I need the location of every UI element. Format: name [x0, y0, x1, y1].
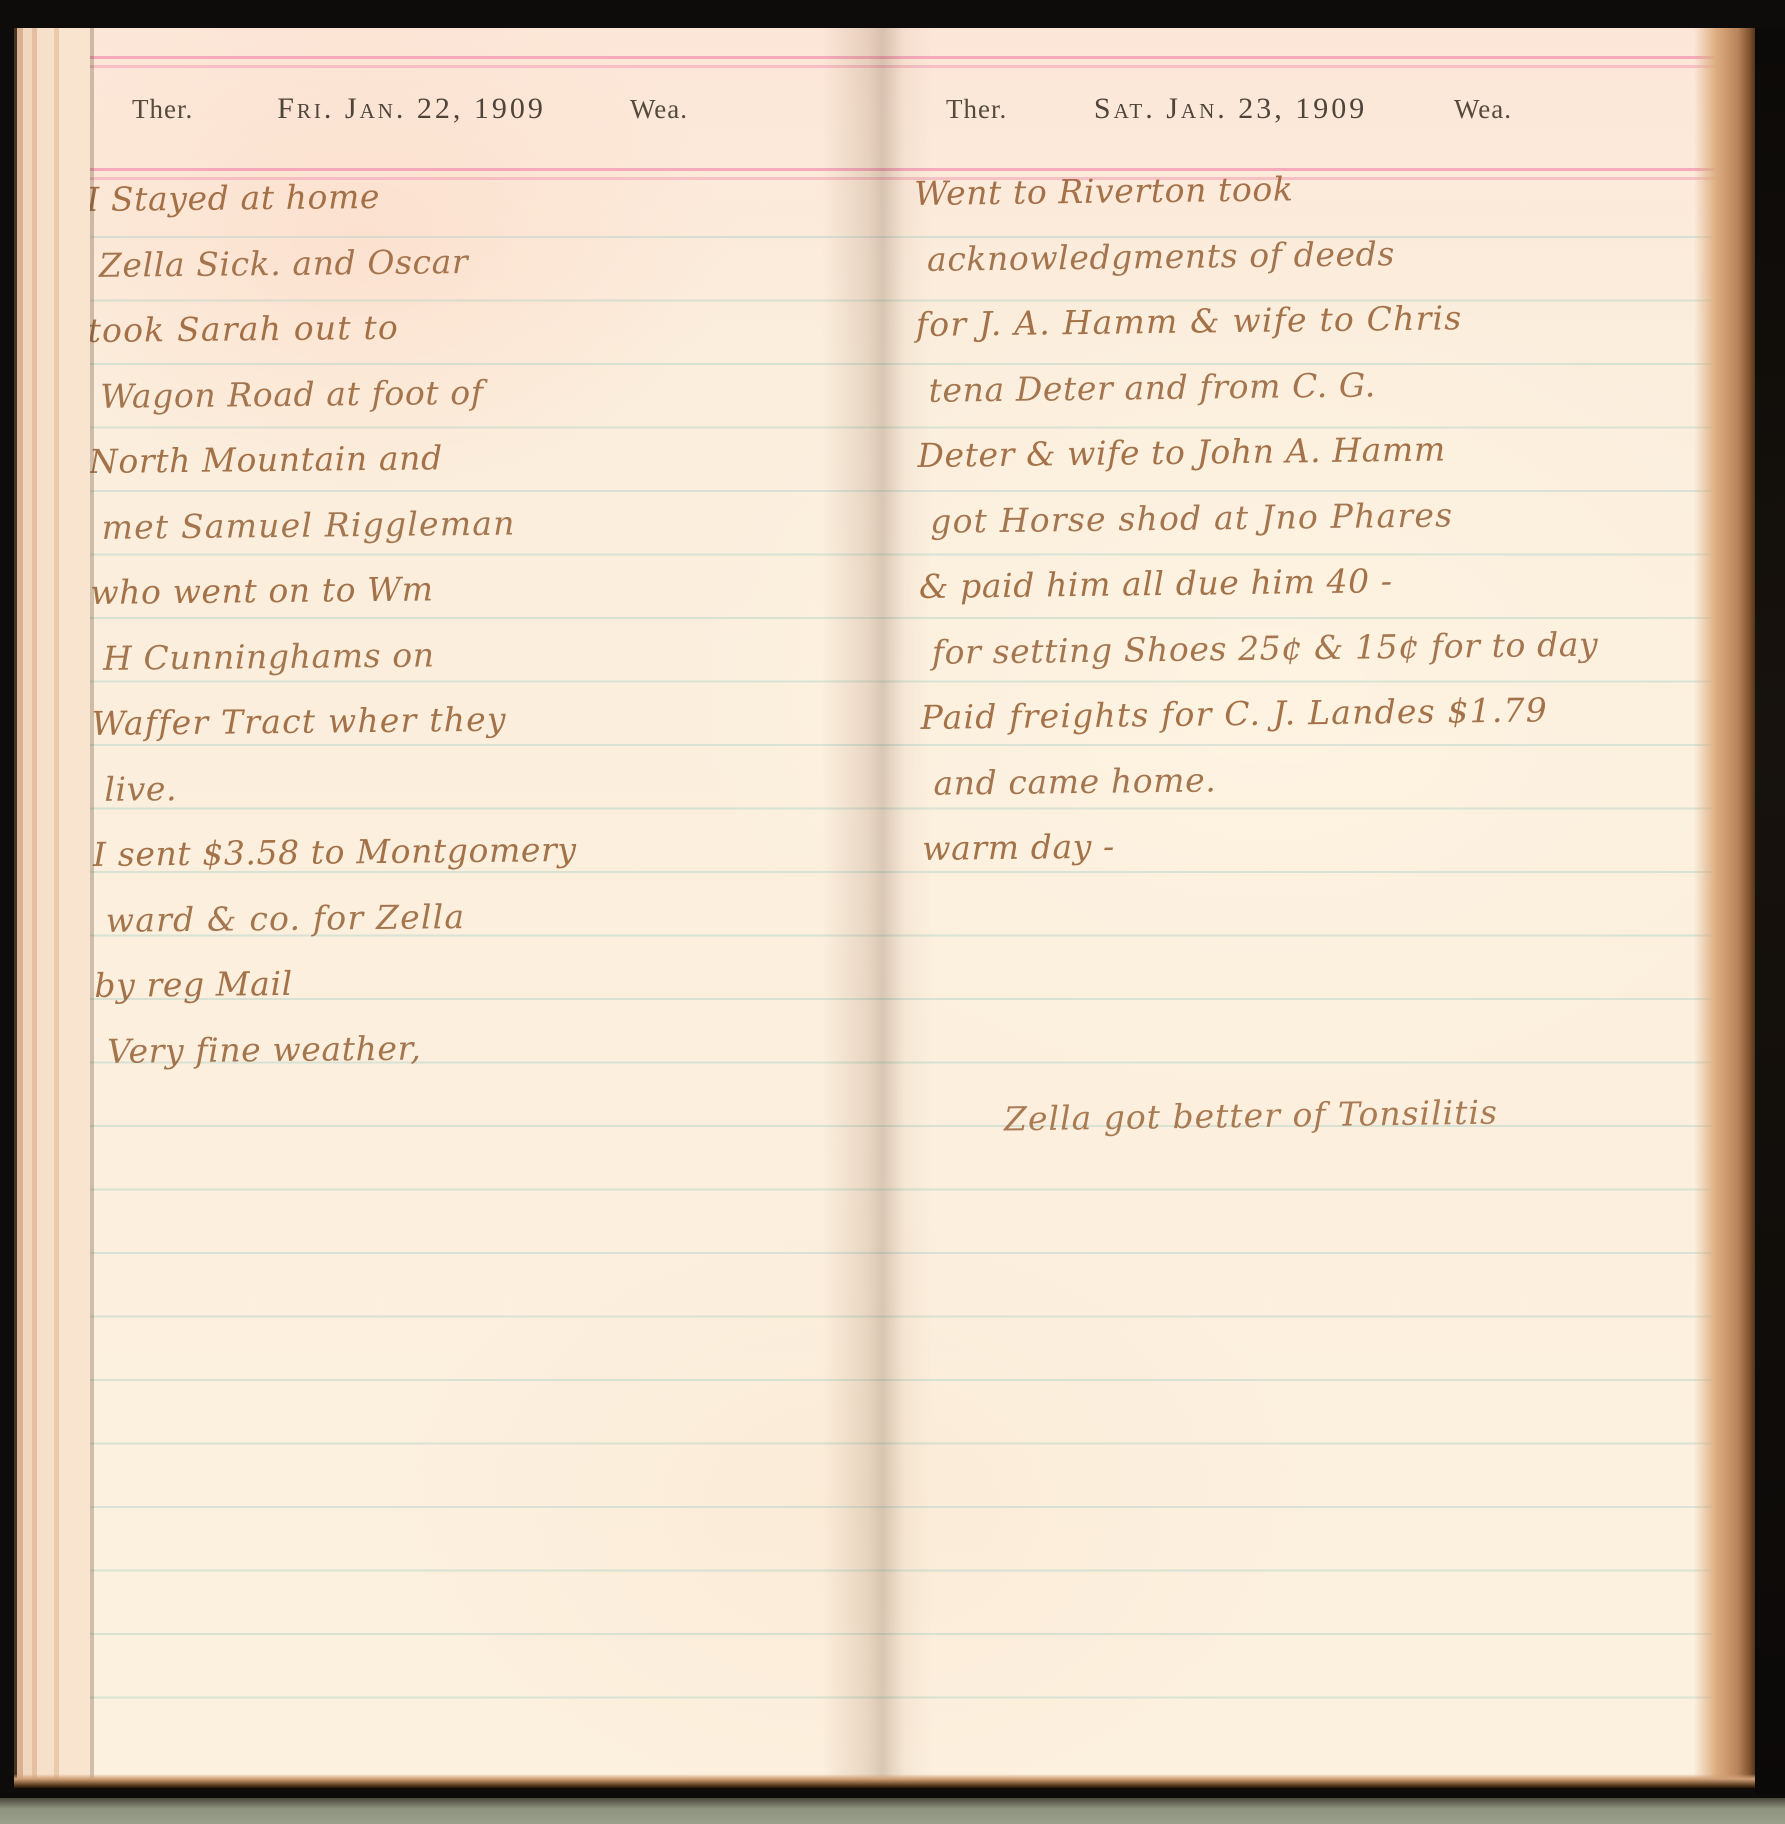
entry-line: Paid freights for C. J. Landes $1.79	[920, 688, 1721, 763]
right-page-late-note: Zella got better of Tonsilitis	[1004, 1093, 1498, 1139]
entry-line: who went on to Wm	[90, 565, 851, 638]
entry-line: & paid him all due him 40 -	[919, 557, 1720, 632]
ther-label: Ther.	[946, 94, 1007, 125]
right-page-header: Ther. Sat. Jan. 23, 1909 Wea.	[946, 92, 1512, 132]
wea-label: Wea.	[1454, 94, 1512, 125]
book-top-edge	[0, 0, 1785, 30]
entry-line: got Horse shod at Jno Phares	[930, 492, 1719, 567]
entry-line: by reg Mail	[94, 958, 855, 1031]
entry-line: I Stayed at home	[86, 172, 847, 245]
entry-line: Went to Riverton took	[914, 164, 1715, 239]
entry-line: I sent $3.58 to Montgomery	[93, 827, 854, 900]
entry-line: and came home.	[933, 754, 1722, 829]
entry-line: Deter & wife to John A. Hamm	[917, 426, 1718, 501]
entry-line: live.	[104, 762, 853, 835]
entry-line: Wagon Road at foot of	[100, 369, 849, 442]
entry-line: Very fine weather,	[107, 1023, 856, 1096]
right-page-date: Sat. Jan. 23, 1909	[1094, 92, 1367, 126]
entry-line: tena Deter and from C. G.	[928, 361, 1717, 436]
entry-line: H Cunninghams on	[103, 631, 852, 704]
binding-gutter-shadow	[822, 28, 932, 1788]
entry-line: ward & co. for Zella	[106, 893, 855, 966]
book-bottom-edge	[14, 1774, 1758, 1788]
left-page-header: Ther. Fri. Jan. 22, 1909 Wea.	[132, 92, 688, 132]
open-diary-spread: Ther. Fri. Jan. 22, 1909 Wea. Ther. Sat.…	[14, 28, 1758, 1788]
diary-scan: Ther. Fri. Jan. 22, 1909 Wea. Ther. Sat.…	[0, 0, 1785, 1824]
entry-line: took Sarah out to	[87, 303, 848, 376]
right-page-entry: Went to Riverton tookacknowledgments of …	[914, 164, 1723, 894]
ther-label: Ther.	[132, 94, 193, 125]
scanner-background-bottom	[0, 1798, 1785, 1824]
entry-line: met Samuel Riggleman	[101, 500, 850, 573]
left-page-edges	[14, 28, 100, 1788]
entry-line: for J. A. Hamm & wife to Chris	[916, 295, 1717, 370]
left-page-date: Fri. Jan. 22, 1909	[277, 92, 546, 126]
wea-label: Wea.	[630, 94, 688, 125]
left-page-entry: I Stayed at homeZella Sick. and Oscartoo…	[86, 172, 856, 1097]
right-page-edge	[1694, 28, 1758, 1788]
entry-line: North Mountain and	[89, 434, 850, 507]
entry-line: Zella Sick. and Oscar	[99, 238, 848, 311]
entry-line: Waffer Tract wher they	[91, 696, 852, 769]
entry-line: warm day -	[922, 819, 1723, 894]
scanner-background-right	[1755, 28, 1785, 1794]
entry-line: acknowledgments of deeds	[927, 230, 1716, 305]
entry-line: for setting Shoes 25¢ & 15¢ for to day	[932, 623, 1721, 698]
